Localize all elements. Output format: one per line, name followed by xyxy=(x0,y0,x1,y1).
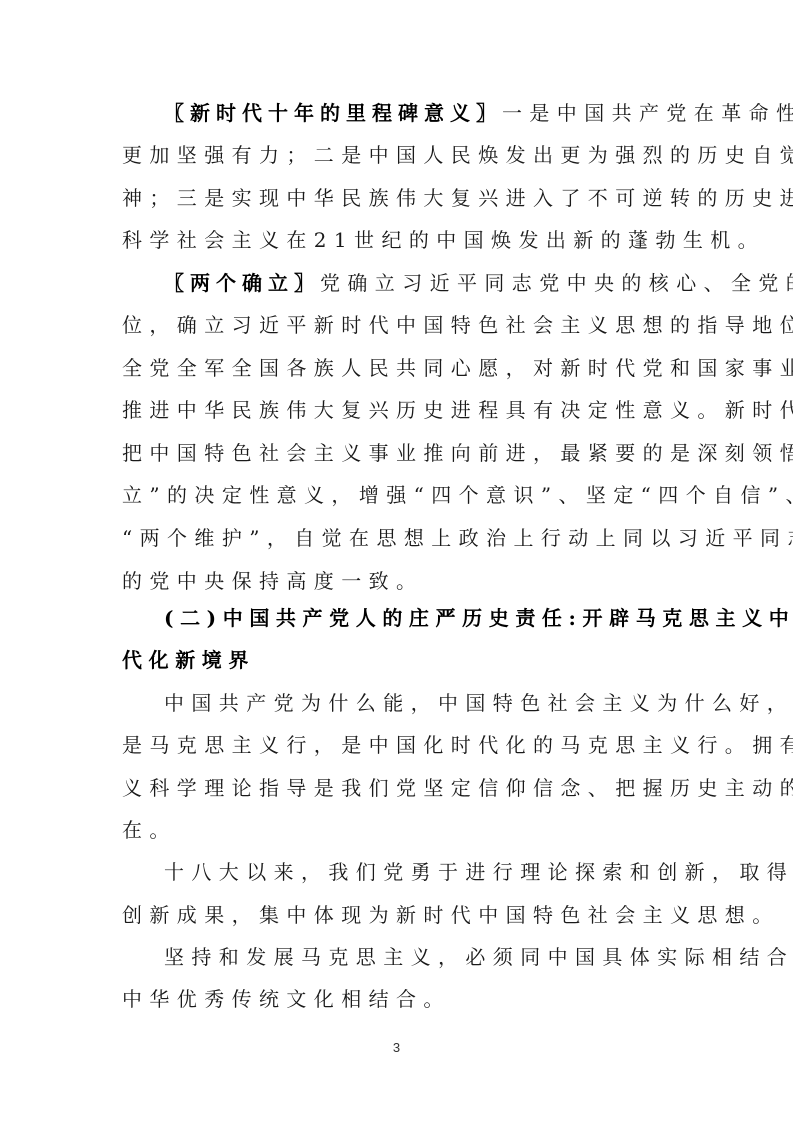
paragraph-line: 〖两个确立〗党确立习近平同志党中央的核心、全党的核心地 xyxy=(164,268,724,298)
paragraph-text: 党确立习近平同志党中央的核心、全党的核心地 xyxy=(320,271,793,295)
paragraph-line: 中华优秀传统文化相结合。 xyxy=(122,984,682,1014)
paragraph-line: 中国共产党为什么能，中国特色社会主义为什么好，归根到底 xyxy=(164,688,724,718)
paragraph-line: 神；三是实现中华民族伟大复兴进入了不可逆转的历史进程；四是 xyxy=(122,183,682,213)
paragraph-line: 全党全军全国各族人民共同心愿，对新时代党和国家事业发展、对 xyxy=(122,353,682,383)
paragraph-line: 〖新时代十年的里程碑意义〗一是中国共产党在革命性锻造中 xyxy=(164,98,724,128)
document-page: 〖新时代十年的里程碑意义〗一是中国共产党在革命性锻造中 更加坚强有力；二是中国人… xyxy=(0,0,793,1122)
paragraph-line: “两个维护”，自觉在思想上政治上行动上同以习近平同志为核心 xyxy=(122,523,682,553)
paragraph-line: 坚持和发展马克思主义，必须同中国具体实际相结合，必须同 xyxy=(164,942,724,972)
paragraph-line: 义科学理论指导是我们党坚定信仰信念、把握历史主动的根本所 xyxy=(122,773,682,803)
section-heading: (二)中国共产党人的庄严历史责任:开辟马克思主义中国化时 xyxy=(164,603,724,633)
paragraph-line: 的党中央保持高度一致。 xyxy=(122,566,682,596)
paragraph-line: 推进中华民族伟大复兴历史进程具有决定性意义。新时代新征程上 xyxy=(122,395,682,425)
paragraph-line: 把中国特色社会主义事业推向前进，最紧要的是深刻领悟“两个确 xyxy=(122,438,682,468)
term-label: 〖两个确立〗 xyxy=(164,271,320,295)
paragraph-line: 立”的决定性意义，增强“四个意识”、坚定“四个自信”、做到 xyxy=(122,480,682,510)
paragraph-line: 更加坚强有力；二是中国人民焕发出更为强烈的历史自觉和主动精 xyxy=(122,140,682,170)
paragraph-text: 一是中国共产党在革命性锻造中 xyxy=(502,101,793,125)
paragraph-line: 在。 xyxy=(122,815,682,845)
section-heading: 代化新境界 xyxy=(122,645,682,675)
paragraph-line: 科学社会主义在21世纪的中国焕发出新的蓬勃生机。 xyxy=(122,225,682,255)
paragraph-line: 十八大以来，我们党勇于进行理论探索和创新，取得重大理论 xyxy=(164,857,724,887)
term-label: 〖新时代十年的里程碑意义〗 xyxy=(164,101,502,125)
paragraph-line: 是马克思主义行，是中国化时代化的马克思主义行。拥有马克思主 xyxy=(122,730,682,760)
page-number: 3 xyxy=(0,1040,793,1055)
paragraph-line: 位，确立习近平新时代中国特色社会主义思想的指导地位，反映了 xyxy=(122,310,682,340)
paragraph-line: 创新成果，集中体现为新时代中国特色社会主义思想。 xyxy=(122,900,682,930)
